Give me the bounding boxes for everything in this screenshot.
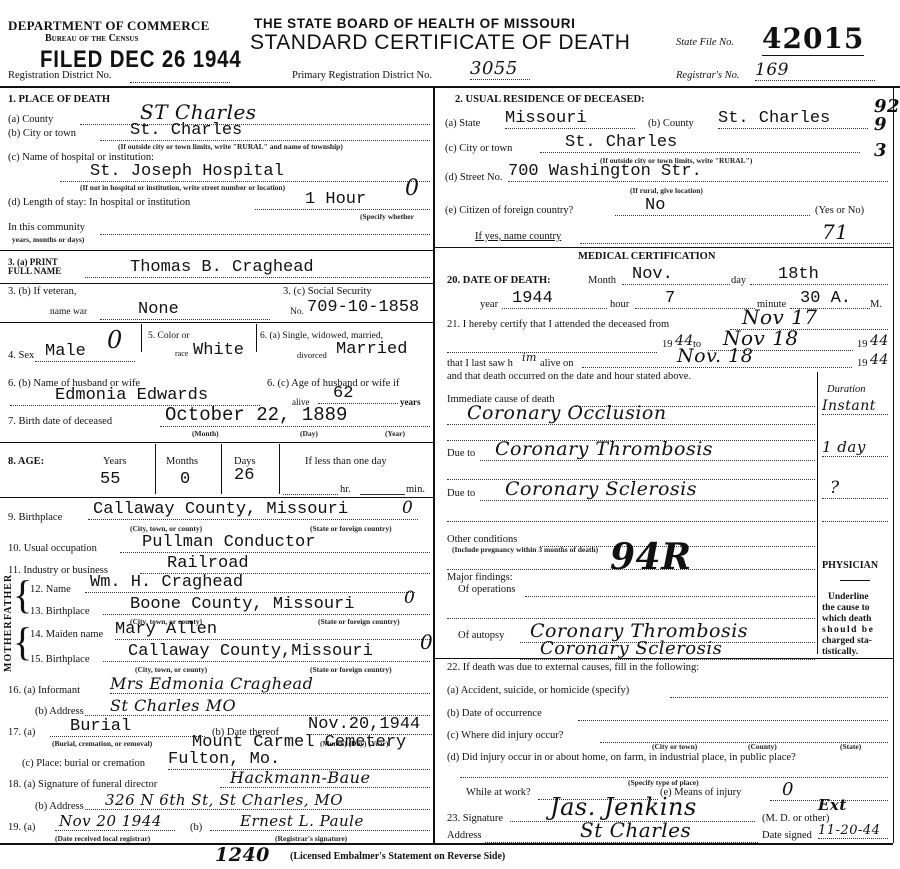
physician-note-5: charged sta-	[822, 636, 872, 647]
age-label: 8. AGE:	[8, 456, 44, 467]
divider	[447, 521, 815, 522]
physician-note-4: should be	[822, 625, 874, 636]
footer-note: (Licensed Embalmer's Statement on Revers…	[290, 851, 505, 862]
operations-label: Of operations	[458, 584, 515, 595]
death-city-field[interactable]: St. Charles	[100, 121, 430, 141]
primary-district-label: Primary Registration District No.	[292, 70, 432, 81]
informant-label: 16. (a) Informant	[8, 685, 80, 696]
registrar-sig-hint: (Registrar's signature)	[275, 834, 347, 843]
divider	[279, 444, 280, 494]
race-label-1: 5. Color or	[148, 331, 189, 341]
burial-date-field[interactable]: Nov.20,1944	[308, 715, 432, 735]
marital-field[interactable]: Married	[336, 340, 407, 359]
birthplace-state-hint: (State or foreign country)	[310, 524, 392, 533]
age-years-field[interactable]: 55	[100, 470, 120, 489]
father-birthplace-label: 13. Birthplace	[30, 606, 89, 617]
father-birthplace-field[interactable]: Boone County, Missouri	[103, 595, 430, 615]
less-than-day-label: If less than one day	[305, 456, 387, 467]
spouse-field[interactable]: Edmonia Edwards	[10, 386, 260, 406]
lastsaw-label-2: alive on	[540, 358, 574, 369]
received-label: 19. (a)	[8, 822, 35, 833]
divider	[155, 444, 156, 494]
death-date-label: 20. DATE OF DEATH:	[447, 275, 551, 286]
autopsy-field-2[interactable]: Coronary Sclerosis	[520, 638, 815, 660]
date-signed-field[interactable]: 11-20-44	[818, 823, 888, 839]
community-label: In this community	[8, 222, 85, 233]
accident-field[interactable]	[670, 697, 888, 698]
birthplace-city-hint: (City, town, or county)	[130, 524, 202, 533]
birthplace-field[interactable]: Callaway County, Missouri	[88, 500, 418, 520]
received-date-field[interactable]: Nov 20 1944	[55, 812, 175, 831]
operations-field[interactable]	[525, 596, 815, 597]
mother-name-label: 14. Maiden name	[30, 629, 103, 640]
signature-note: Ext	[818, 796, 847, 814]
where-state-hint: (State)	[840, 742, 861, 751]
physician-address-field[interactable]: St Charles	[485, 818, 758, 843]
physician-note-6: tistically.	[822, 647, 858, 658]
margin-code-3: 3	[874, 140, 887, 161]
informant-address-field[interactable]: St Charles MO	[85, 696, 430, 716]
state-file-number: 42015	[762, 22, 864, 56]
country-mark: 71	[822, 220, 848, 244]
father-name-label: 12. Name	[30, 584, 71, 595]
funeral-director-label: 18. (a) Signature of funeral director	[8, 779, 157, 790]
lastsaw-pronoun[interactable]: im	[522, 351, 537, 364]
birth-date-field[interactable]: October 22, 1889	[160, 404, 430, 427]
bureau-label: Bureau of the Census	[45, 33, 138, 44]
primary-district-field[interactable]: 3055	[470, 58, 530, 80]
death-year-field[interactable]: 1944	[502, 289, 607, 309]
res-county-label: (b) County	[648, 118, 694, 129]
res-street-label: (d) Street No.	[445, 172, 502, 183]
disposition-field[interactable]: Burial	[50, 717, 205, 737]
immediate-cause-field[interactable]: Coronary Occlusion	[447, 402, 815, 425]
immediate-duration-field[interactable]: Instant	[822, 398, 888, 415]
mother-mark: 0	[420, 630, 433, 654]
race-field[interactable]: White	[193, 341, 244, 360]
attended-to-year[interactable]: 44	[870, 333, 889, 349]
address-label: Address	[447, 830, 481, 841]
birth-month-hint: (Month)	[192, 429, 219, 438]
res-state-label: (a) State	[445, 118, 480, 129]
other-conditions-label: Other conditions	[447, 534, 517, 545]
where-city-hint: (City or town)	[652, 742, 697, 751]
res-street-field[interactable]: 700 Washington Str.	[508, 162, 888, 182]
lastsaw-label-1: that I last saw h	[447, 358, 513, 369]
res-city-field[interactable]: St. Charles	[540, 133, 860, 153]
res-street-hint: (If rural, give location)	[630, 186, 703, 195]
divider	[141, 324, 142, 352]
state-board-label: THE STATE BOARD OF HEALTH OF MISSOURI	[254, 16, 575, 31]
divider	[221, 444, 222, 494]
margin-code-2: 9	[874, 114, 887, 135]
death-city-hint: (If outside city or town limits, write "…	[118, 142, 343, 151]
divider	[447, 618, 815, 619]
veteran-field[interactable]: None	[100, 300, 270, 320]
registrar-signature-field[interactable]: Ernest L. Paule	[210, 812, 430, 831]
funeral-director-field[interactable]: Hackmann-Baue	[220, 768, 430, 788]
registrar-no-label: Registrar's No.	[676, 70, 740, 81]
age-months-field[interactable]: 0	[180, 470, 190, 489]
autopsy-label: Of autopsy	[458, 630, 504, 641]
director-address-field[interactable]: 326 N 6th St, St Charles, MO	[85, 791, 430, 810]
citizen-field[interactable]: No	[615, 196, 810, 216]
country-label: If yes, name country	[475, 231, 561, 242]
certificate-title: STANDARD CERTIFICATE OF DEATH	[250, 31, 630, 55]
death-hour-label: hour	[610, 299, 629, 310]
community-field[interactable]	[100, 234, 430, 235]
minutes-field[interactable]	[360, 494, 405, 495]
footer-number: 1240	[215, 844, 270, 866]
injury-place-label: (d) Did injury occur in or about home, o…	[447, 752, 796, 763]
birth-year-hint: (Year)	[385, 429, 405, 438]
lastsaw-field[interactable]: Nov. 18	[582, 345, 852, 368]
residence-heading: 2. USUAL RESIDENCE OF DECEASED:	[455, 94, 645, 105]
divider	[0, 322, 433, 323]
occurrence-label: (b) Date of occurrence	[447, 708, 542, 719]
disposition-label: 17. (a)	[8, 727, 35, 738]
death-year-label: year	[480, 299, 498, 310]
other-conditions-mark: 94R	[610, 536, 692, 578]
burial-place-field-2[interactable]: Fulton, Mo.	[168, 750, 430, 770]
mother-birthplace-label: 15. Birthplace	[30, 654, 89, 665]
date-signed-label: Date signed	[762, 830, 812, 841]
accident-label: (a) Accident, suicide, or homicide (spec…	[447, 685, 629, 696]
death-city-label: (b) City or town	[8, 128, 76, 139]
occupation-label: 10. Usual occupation	[8, 543, 97, 554]
registration-district-field[interactable]	[130, 82, 230, 83]
disposition-hint: (Burial, cremation, or removal)	[52, 739, 152, 748]
mother-birthplace-field[interactable]: Callaway County,Missouri	[103, 642, 430, 662]
registrar-no-field[interactable]: 169	[755, 60, 875, 81]
received-hint: (Date received local registrar)	[55, 834, 150, 843]
divider	[256, 324, 257, 352]
right-border	[893, 88, 894, 843]
director-address-label: (b) Address	[35, 801, 84, 812]
spouse-age-field[interactable]: 62	[318, 384, 398, 404]
ss-label-1: 3. (c) Social Security	[283, 286, 372, 297]
where-label: (c) Where did injury occur?	[447, 730, 563, 741]
injury-place-hint: (Specify type of place)	[628, 778, 699, 787]
certify-label: 21. I hereby certify that I attended the…	[447, 319, 669, 330]
physician-note-1: Underline	[828, 592, 869, 603]
stay-field[interactable]: 1 Hour	[255, 190, 430, 210]
death-day-label: day	[731, 275, 746, 286]
stated-label: and that death occurred on the date and …	[447, 371, 691, 382]
major-findings-label: Major findings:	[447, 572, 513, 583]
mother-city-hint: (City, town, or county)	[135, 665, 207, 674]
hours-field[interactable]	[283, 494, 338, 495]
divider	[822, 521, 888, 522]
due-to-2-label: Due to	[447, 488, 475, 499]
ss-label-2: No.	[290, 307, 304, 317]
community-hint: years, months or days)	[12, 235, 84, 244]
header-divider	[0, 86, 900, 88]
birthplace-label: 9. Birthplace	[8, 512, 62, 523]
department-label: DEPARTMENT OF COMMERCE	[8, 18, 210, 34]
full-name-field[interactable]: Thomas B. Craghead	[85, 258, 430, 278]
veteran-label-1: 3. (b) If veteran,	[8, 286, 77, 297]
physician-heading: PHYSICIAN	[822, 560, 878, 571]
medical-heading: MEDICAL CERTIFICATION	[578, 251, 715, 262]
ss-field[interactable]: 709-10-1858	[307, 298, 419, 317]
physician-rule	[840, 580, 870, 581]
age-months-label: Months	[166, 456, 198, 467]
full-name-label-2: FULL NAME	[8, 267, 61, 276]
state-file-label: State File No.	[676, 37, 734, 48]
external-heading: 22. If death was due to external causes,…	[447, 662, 699, 673]
due-to-1-label: Due to	[447, 448, 475, 459]
divider	[447, 569, 815, 570]
father-name-field[interactable]: Wm. H. Craghead	[85, 573, 415, 593]
death-month-label: Month	[588, 275, 616, 286]
mother-state-hint: (State or foreign country)	[310, 665, 392, 674]
race-label-2: race	[175, 349, 188, 358]
burial-place-label: (c) Place: burial or cremation	[22, 758, 145, 769]
res-state-field[interactable]: Missouri	[505, 109, 635, 129]
death-county-label: (a) County	[8, 114, 53, 125]
due-to-1-field[interactable]: Coronary Thrombosis	[480, 438, 815, 461]
where-county-hint: (County)	[748, 742, 777, 751]
res-city-label: (c) City or town	[445, 143, 512, 154]
hospital-field[interactable]: St. Joseph Hospital	[60, 162, 430, 182]
sex-label: 4. Sex	[8, 350, 34, 361]
stay-label: (d) Length of stay: In hospital or insti…	[8, 197, 190, 208]
informant-address-label: (b) Address	[35, 706, 84, 717]
divider	[0, 442, 433, 443]
duration-divider	[817, 372, 818, 654]
due-to-1-duration[interactable]: 1 day	[822, 438, 888, 457]
divider	[0, 283, 433, 284]
citizen-label: (e) Citizen of foreign country?	[445, 205, 573, 216]
bottom-divider	[0, 843, 893, 845]
mother-name-field[interactable]: Mary Allen	[115, 620, 430, 640]
stay-hint: (Specify whether	[360, 212, 414, 221]
physician-note-3: which death	[822, 614, 871, 625]
minutes-label: min.	[406, 484, 425, 495]
registrar-sig-label: (b)	[190, 822, 202, 833]
citizen-hint: (Yes or No)	[815, 205, 864, 216]
death-day-field[interactable]: 18th	[750, 265, 888, 285]
industry-field[interactable]: Railroad	[140, 554, 430, 574]
hours-label: hr.	[340, 484, 351, 495]
veteran-label-2: name war	[50, 307, 87, 317]
father-mark: 0	[404, 588, 415, 608]
birth-date-label: 7. Birth date of deceased	[8, 416, 112, 427]
age-days-field[interactable]: 26	[234, 466, 254, 485]
stay-mark: 0	[405, 176, 420, 201]
duration-label: Duration	[827, 384, 866, 395]
occupation-field[interactable]: Pullman Conductor	[120, 533, 430, 553]
birthplace-mark: 0	[402, 498, 413, 518]
informant-field[interactable]: Mrs Edmonia Craghead	[110, 674, 430, 694]
due-to-2-duration[interactable]: ?	[822, 478, 888, 499]
divider	[0, 250, 433, 251]
year-prefix-2: 19	[857, 339, 868, 350]
age-years-label: Years	[103, 456, 126, 467]
res-county-field[interactable]: St. Charles	[718, 109, 868, 129]
birth-day-hint: (Day)	[300, 429, 318, 438]
divider	[0, 497, 433, 498]
registration-district-label: Registration District No.	[8, 70, 112, 81]
occurrence-field[interactable]	[578, 720, 888, 721]
year-prefix-3: 19	[857, 358, 868, 369]
due-to-2-field[interactable]: Coronary Sclerosis	[480, 478, 815, 501]
divider	[433, 247, 893, 248]
death-month-field[interactable]: Nov.	[622, 265, 730, 285]
marital-label-2: divorced	[297, 350, 327, 360]
physician-note-2: the cause to	[822, 603, 870, 614]
sex-mark: 0	[107, 326, 123, 354]
divider	[433, 658, 893, 659]
lastsaw-year[interactable]: 44	[870, 352, 889, 368]
center-divider	[433, 88, 435, 843]
